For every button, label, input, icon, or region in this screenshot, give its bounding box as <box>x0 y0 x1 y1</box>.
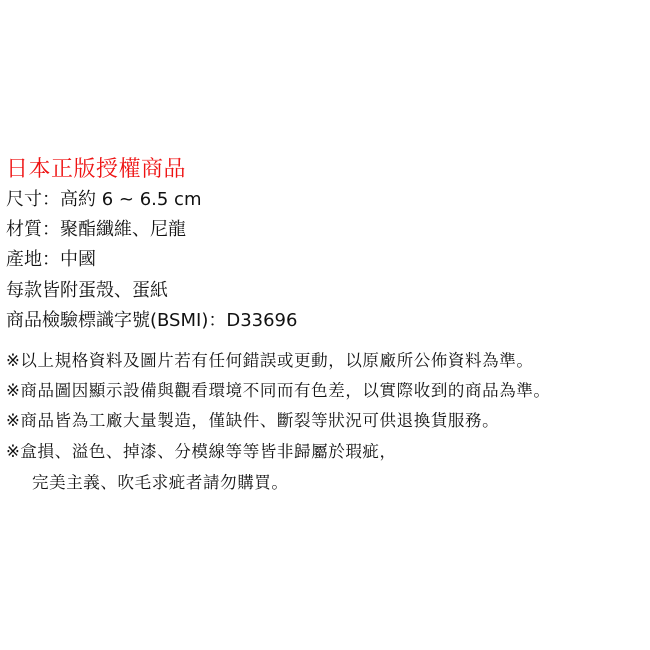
spec-packaging: 每款皆附蛋殼、蛋紙 <box>6 279 168 303</box>
spec-origin: 產地：中國 <box>6 248 96 272</box>
note-perfectionist-warning: 完美主義、吹毛求疵者請勿購買。 <box>32 472 289 494</box>
note-spec-changes: ※以上規格資料及圖片若有任何錯誤或更動，以原廠所公佈資料為準。 <box>6 350 533 372</box>
spec-size: 尺寸：高約 6 ~ 6.5 cm <box>6 188 201 212</box>
spec-bsmi: 商品檢驗標識字號(BSMI)：D33696 <box>6 309 297 333</box>
note-color-difference: ※商品圖因顯示設備與觀看環境不同而有色差，以實際收到的商品為準。 <box>6 380 551 402</box>
spec-material: 材質：聚酯纖維、尼龍 <box>6 218 186 242</box>
note-defects: ※盒損、溢色、掉漆、分模線等等皆非歸屬於瑕疵， <box>6 441 397 463</box>
note-return-policy: ※商品皆為工廠大量製造，僅缺件、斷裂等狀況可供退換貨服務。 <box>6 410 499 432</box>
product-title: 日本正版授權商品 <box>6 156 186 184</box>
